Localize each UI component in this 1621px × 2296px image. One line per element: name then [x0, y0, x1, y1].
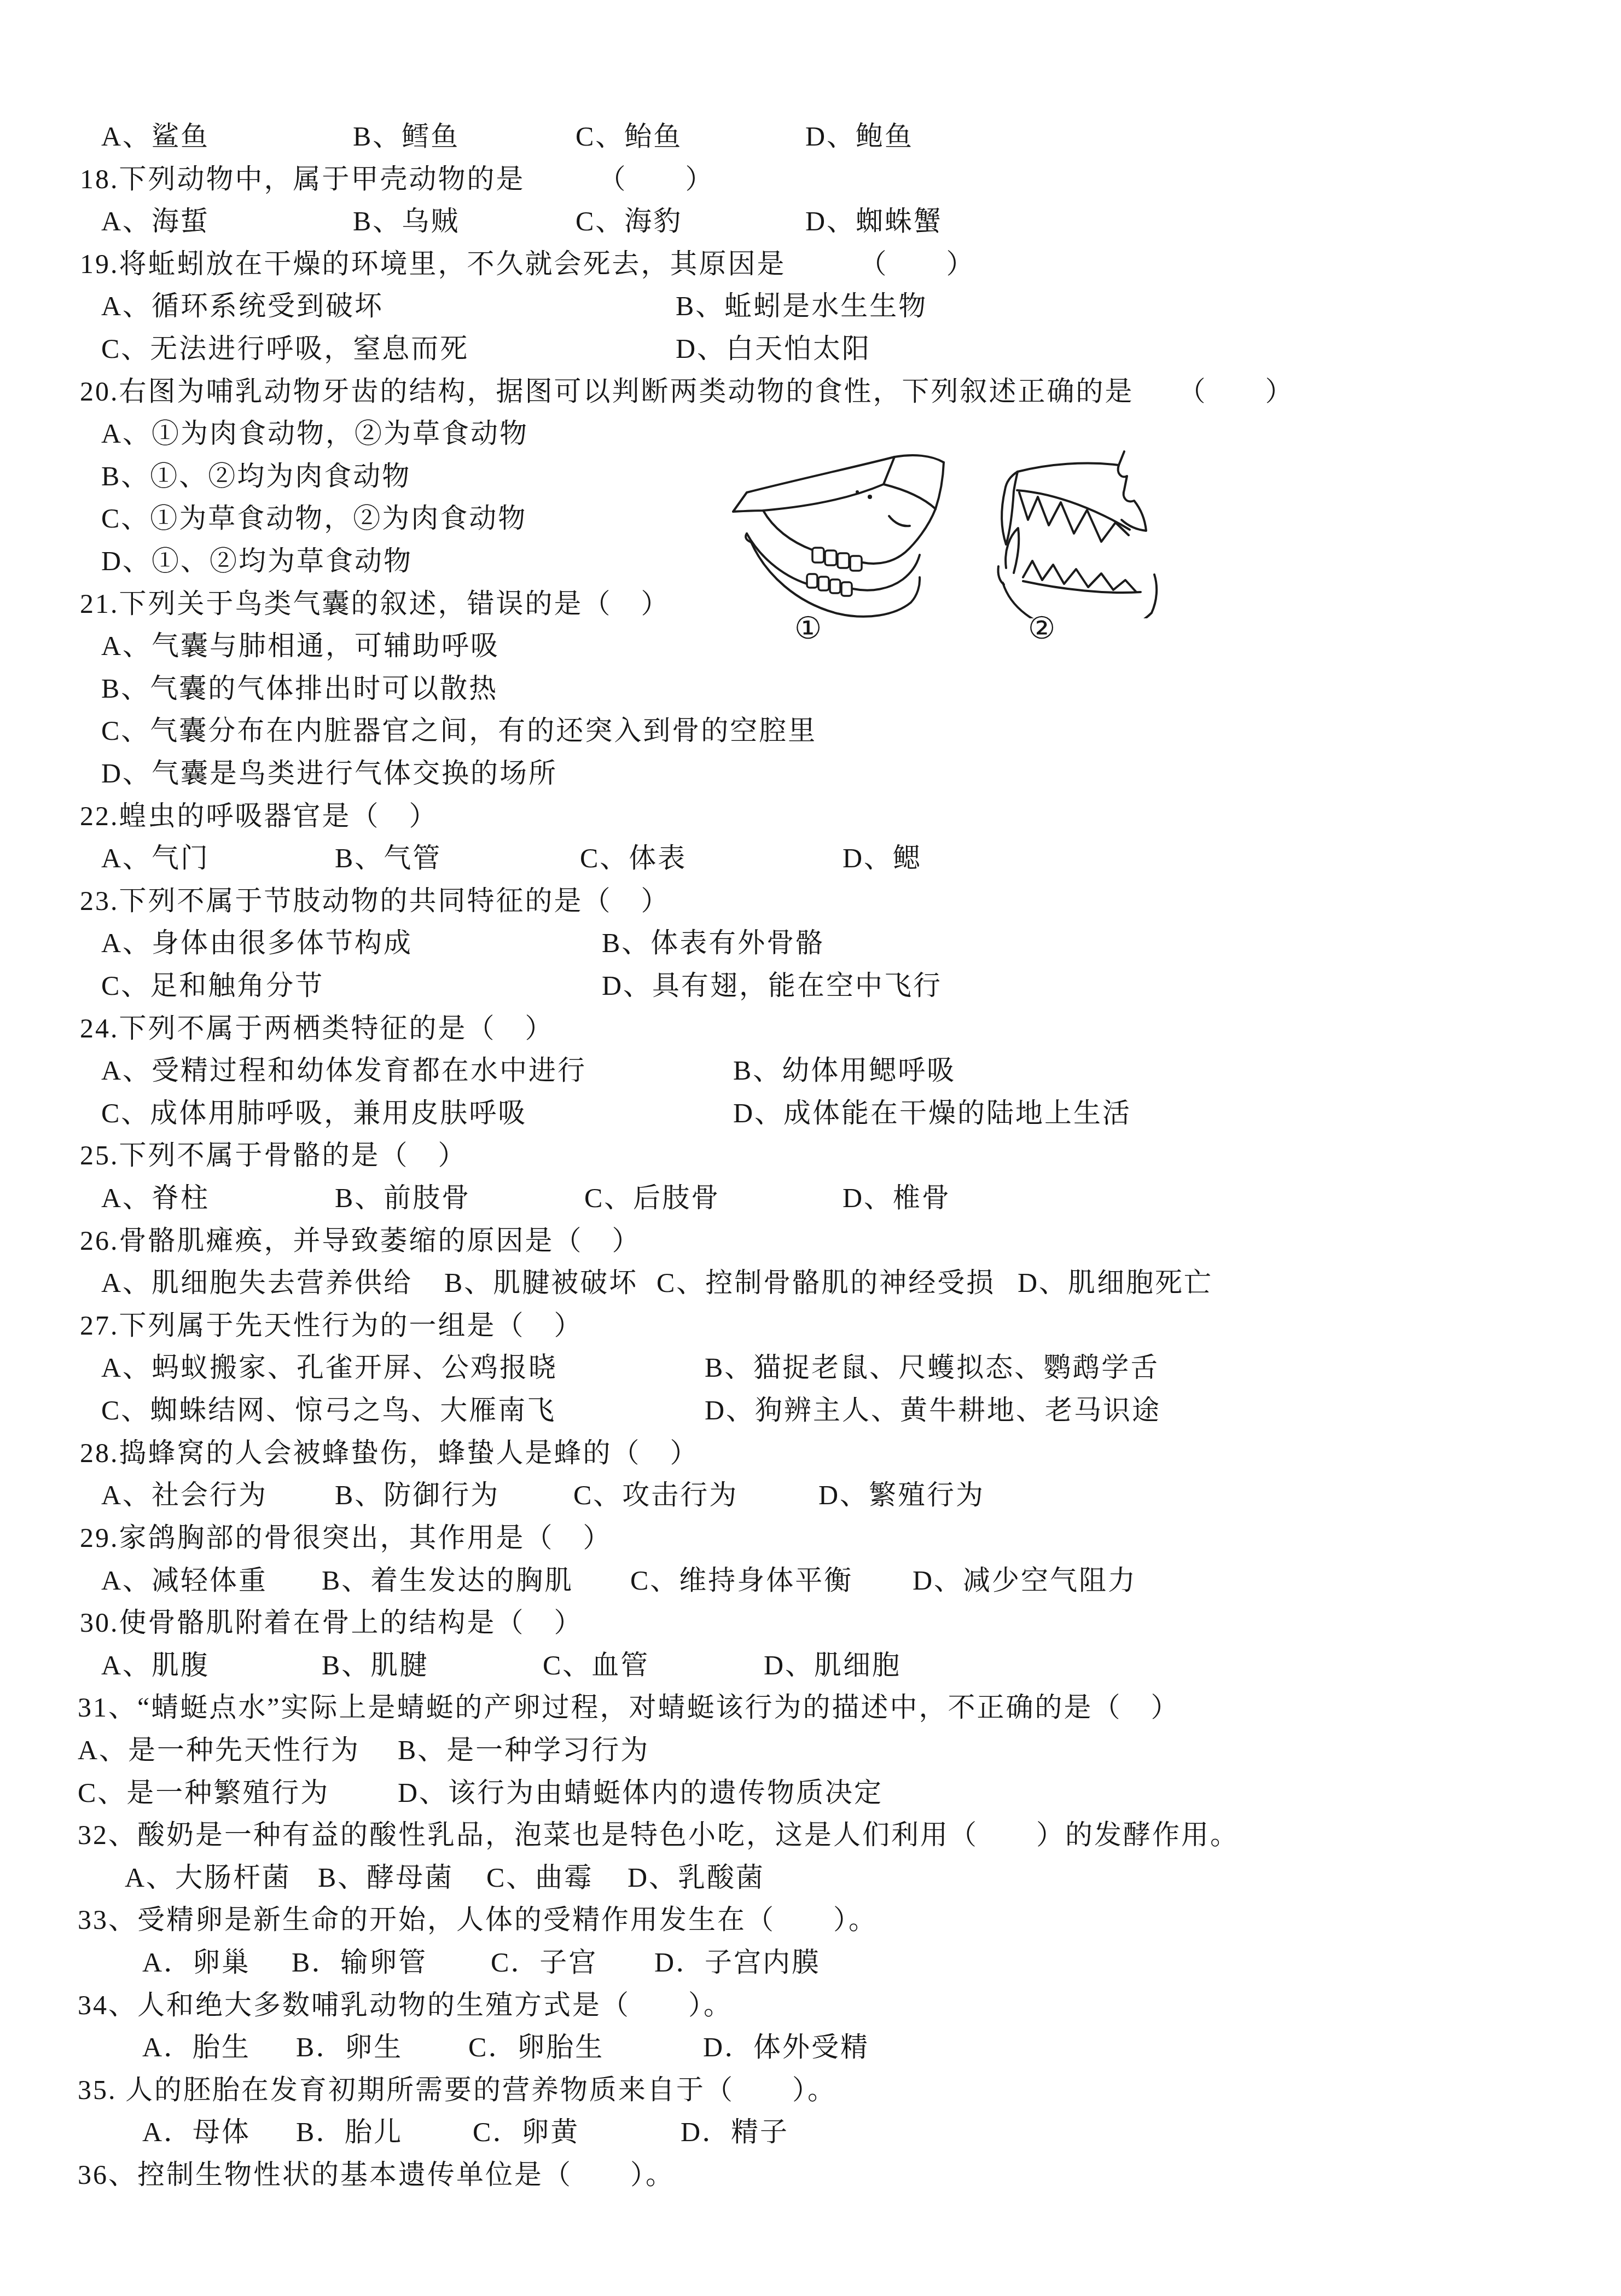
q25-option-c: C、后肢骨	[584, 1181, 720, 1215]
q34-option-d: D．体外受精	[703, 2030, 869, 2064]
q17-option-a: A、鲨鱼	[101, 119, 210, 153]
q27-option-b: B、猫捉老鼠、尺蠖拟态、鹦鹉学舌	[705, 1350, 1159, 1384]
q27-option-a: A、蚂蚁搬家、孔雀开屏、公鸡报晓	[101, 1350, 557, 1384]
q30-option-a: A、肌腹	[101, 1648, 210, 1682]
teeth-structure-figure	[662, 438, 1198, 618]
q26-option-d: D、肌细胞死亡	[1018, 1266, 1213, 1300]
q34-option-c: C．卵胎生	[468, 2030, 604, 2064]
q23-stem: 23.下列不属于节肢动物的共同特征的是（ ）	[80, 884, 670, 918]
q24-stem: 24.下列不属于两栖类特征的是（ ）	[80, 1011, 554, 1045]
q31-stem: 31、“蜻蜓点水”实际上是蜻蜓的产卵过程，对蜻蜓该行为的描述中，不正确的是（ ）	[78, 1690, 1180, 1724]
q29-stem: 29.家鸽胸部的骨很突出，其作用是（ ）	[80, 1521, 612, 1555]
q22-option-c: C、体表	[580, 841, 687, 875]
q28-option-a: A、社会行为	[101, 1478, 268, 1512]
q19-option-b: B、蚯蚓是水生生物	[676, 289, 927, 323]
q21-option-a: A、气囊与肺相通，可辅助呼吸	[101, 629, 499, 663]
q17-option-d: D、鲍鱼	[805, 119, 914, 153]
q29-option-c: C、维持身体平衡	[630, 1563, 853, 1597]
q21-option-c: C、气囊分布在内脏器官之间，有的还突入到骨的空腔里	[101, 714, 817, 747]
skull-2-label: ②	[1028, 611, 1055, 646]
skull-1-drawing	[733, 455, 944, 617]
q32-option-c: C、曲霉	[486, 1860, 593, 1894]
q29-option-b: B、着生发达的胸肌	[322, 1563, 573, 1597]
q35-option-b: B．胎儿	[296, 2115, 403, 2149]
q32-option-b: B、酵母菌	[318, 1860, 454, 1894]
q22-stem: 22.蝗虫的呼吸器官是（ ）	[80, 799, 438, 833]
q23-option-a: A、身体由很多体节构成	[101, 926, 412, 960]
q18-option-d: D、蜘蛛蟹	[805, 204, 943, 238]
q26-option-c: C、控制骨骼肌的神经受损	[656, 1266, 995, 1300]
q22-option-d: D、鳃	[843, 841, 922, 875]
q23-option-b: B、体表有外骨骼	[602, 926, 824, 960]
skull-1-label: ①	[794, 611, 822, 646]
q23-option-d: D、具有翅，能在空中飞行	[602, 969, 942, 1002]
q25-stem: 25.下列不属于骨骼的是（ ）	[80, 1138, 467, 1172]
q28-option-c: C、攻击行为	[573, 1478, 738, 1512]
q26-stem: 26.骨骼肌瘫痪，并导致萎缩的原因是（ ）	[80, 1224, 641, 1257]
q33-stem: 33、受精卵是新生命的开始，人体的受精作用发生在（ ）。	[78, 1903, 878, 1936]
q24-option-d: D、成体能在干燥的陆地上生活	[733, 1096, 1131, 1130]
q25-option-b: B、前肢骨	[335, 1181, 470, 1215]
q20-option-d: D、①、②均为草食动物	[101, 544, 412, 578]
q21-option-b: B、气囊的气体排出时可以散热	[101, 671, 498, 705]
q18-option-a: A、海蜇	[101, 204, 210, 238]
q32-stem: 32、酸奶是一种有益的酸性乳品，泡菜也是特色小吃，这是人们利用（ ）的发酵作用。	[78, 1818, 1239, 1852]
q24-option-a: A、受精过程和幼体发育都在水中进行	[101, 1053, 586, 1087]
q31-option-a: A、是一种先天性行为	[78, 1733, 360, 1767]
q35-stem: 35. 人的胚胎在发育初期所需要的营养物质来自于（ ）。	[78, 2073, 836, 2107]
q20-option-b: B、①、②均为肉食动物	[101, 459, 411, 493]
q28-stem: 28.捣蜂窝的人会被蜂蛰伤，蜂蛰人是蜂的（ ）	[80, 1436, 699, 1470]
q36-stem: 36、控制生物性状的基本遗传单位是（ ）。	[78, 2158, 675, 2191]
q24-option-c: C、成体用肺呼吸，兼用皮肤呼吸	[101, 1096, 527, 1130]
q19-option-a: A、循环系统受到破坏	[101, 289, 384, 323]
q31-option-c: C、是一种繁殖行为	[78, 1776, 329, 1810]
q21-stem: 21.下列关于鸟类气囊的叙述，错误的是（ ）	[80, 587, 670, 621]
q35-option-a: A．母体	[142, 2115, 251, 2149]
q30-option-c: C、血管	[543, 1648, 649, 1682]
q23-option-c: C、足和触角分节	[101, 969, 324, 1002]
q17-option-b: B、鳕鱼	[353, 119, 460, 153]
q34-stem: 34、人和绝大多数哺乳动物的生殖方式是（ ）。	[78, 1988, 733, 2022]
q22-option-b: B、气管	[335, 841, 441, 875]
q30-stem: 30.使骨骼肌附着在骨上的结构是（ ）	[80, 1605, 583, 1639]
q19-option-d: D、白天怕太阳	[676, 332, 871, 366]
q19-option-c: C、无法进行呼吸，窒息而死	[101, 332, 469, 366]
q26-option-b: B、肌腱被破坏	[444, 1266, 638, 1300]
q33-option-a: A．卵巢	[142, 1945, 251, 1979]
q33-option-d: D．子宫内膜	[654, 1945, 821, 1979]
q34-option-a: A．胎生	[142, 2030, 251, 2064]
q35-option-c: C．卵黄	[473, 2115, 579, 2149]
q27-option-c: C、蜘蛛结网、惊弓之鸟、大雁南飞	[101, 1393, 556, 1427]
q30-option-b: B、肌腱	[322, 1648, 428, 1682]
q25-option-d: D、椎骨	[843, 1181, 951, 1215]
q22-option-a: A、气门	[101, 841, 210, 875]
exam-paper-page: A、鲨鱼 B、鳕鱼 C、鲐鱼 D、鲍鱼 18.下列动物中，属于甲壳动物的是 （ …	[0, 0, 1621, 2296]
q34-option-b: B．卵生	[296, 2030, 403, 2064]
q17-option-c: C、鲐鱼	[576, 119, 682, 153]
q31-option-d: D、该行为由蜻蜓体内的遗传物质决定	[398, 1776, 883, 1810]
skull-2-drawing	[998, 451, 1157, 618]
q28-option-d: D、繁殖行为	[818, 1478, 985, 1512]
q27-stem: 27.下列属于先天性行为的一组是（ ）	[80, 1308, 583, 1342]
q33-option-b: B．输卵管	[292, 1945, 427, 1979]
q28-option-b: B、防御行为	[335, 1478, 499, 1512]
q25-option-a: A、脊柱	[101, 1181, 210, 1215]
q21-option-d: D、气囊是鸟类进行气体交换的场所	[101, 756, 557, 790]
q26-option-a: A、肌细胞失去营养供给	[101, 1266, 412, 1300]
q20-option-c: C、①为草食动物，②为肉食动物	[101, 501, 527, 535]
q27-option-d: D、狗辨主人、黄牛耕地、老马识途	[705, 1393, 1161, 1427]
q32-option-d: D、乳酸菌	[628, 1860, 765, 1894]
q29-option-a: A、减轻体重	[101, 1563, 268, 1597]
q20-stem: 20.右图为哺乳动物牙齿的结构，据图可以判断两类动物的食性，下列叙述正确的是 （…	[80, 374, 1294, 408]
q30-option-d: D、肌细胞	[764, 1648, 901, 1682]
q35-option-d: D．精子	[681, 2115, 789, 2149]
q32-option-a: A、大肠杆菌	[125, 1860, 291, 1894]
q24-option-b: B、幼体用鳃呼吸	[733, 1053, 956, 1087]
q29-option-d: D、减少空气阻力	[913, 1563, 1137, 1597]
q33-option-c: C．子宫	[491, 1945, 597, 1979]
q18-option-c: C、海豹	[576, 204, 682, 238]
q18-option-b: B、乌贼	[353, 204, 460, 238]
q19-stem: 19.将蚯蚓放在干燥的环境里，不久就会死去，其原因是 （ ）	[80, 247, 975, 281]
q20-option-a: A、①为肉食动物，②为草食动物	[101, 416, 528, 450]
q31-option-b: B、是一种学习行为	[398, 1733, 649, 1767]
q18-stem: 18.下列动物中，属于甲壳动物的是 （ ）	[80, 162, 714, 196]
